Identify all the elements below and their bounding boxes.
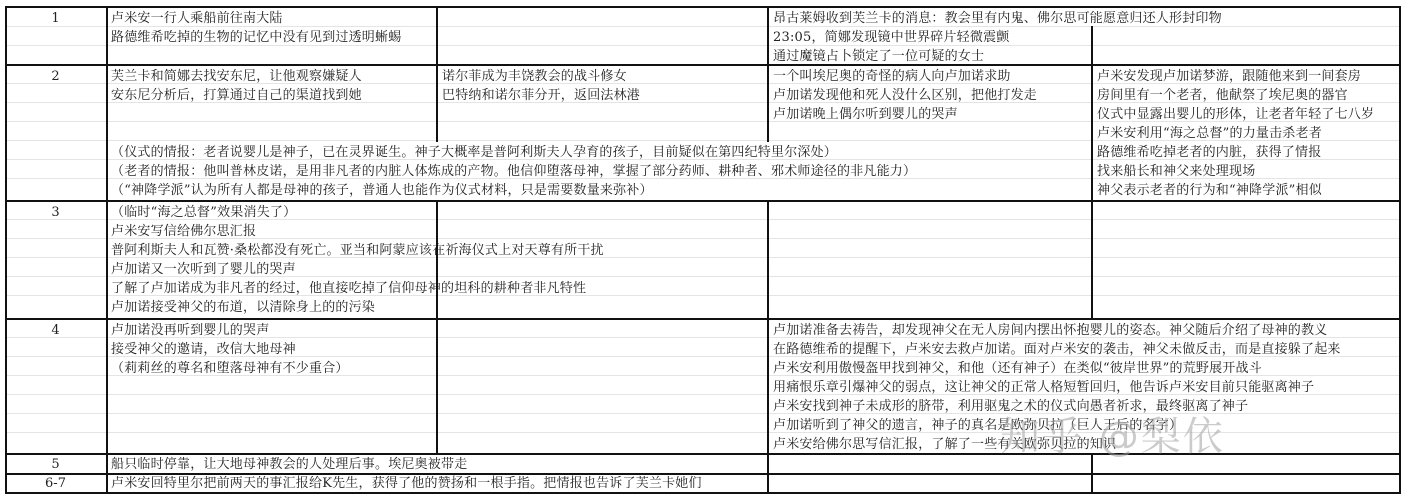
note-text[interactable]: （老者的情报：他叫普林皮诺，是用非凡者的内脏人体炼成的产物。他信仰堕落母神，掌握… — [111, 162, 916, 181]
border — [767, 200, 769, 494]
border — [5, 492, 1401, 494]
border — [5, 200, 1401, 202]
row-id-3: 3 — [5, 203, 106, 222]
cell-text[interactable]: 房间里有一个老者，他献祭了埃尼奥的器官 — [1097, 86, 1348, 105]
cell-text[interactable]: （莉莉丝的尊名和堕落母神有不少重合） — [111, 359, 349, 378]
cell-text[interactable]: 一个叫埃尼奥的奇怪的病人向卢加诺求助 — [773, 67, 1011, 86]
cell-text[interactable]: 卢米安利用“海之总督”的力量击杀老者 — [1097, 124, 1322, 143]
border — [436, 200, 438, 454]
cell-text[interactable]: 神父表示老者的行为和“神降学派”相似 — [1097, 181, 1322, 200]
cell-text[interactable]: 路德维希吃掉老者的内脏，获得了情报 — [1097, 143, 1321, 162]
border — [436, 64, 438, 142]
cell-text[interactable]: 卢米安一行人乘船前往南大陆 — [111, 9, 283, 28]
cell-text[interactable]: 诺尔菲成为丰饶教会的战斗修女 — [442, 67, 627, 86]
cell-text[interactable]: （临时“海之总督”效果消失了） — [111, 203, 296, 222]
border — [1091, 26, 1093, 66]
cell-text[interactable]: 卢加诺准备去祷告，却发现神父在无人房间内摆出怀抱婴儿的姿态。神父随后介绍了母神的… — [773, 321, 1327, 340]
border — [5, 318, 1401, 320]
border — [5, 473, 1401, 475]
cell-text[interactable]: 芙兰卡和简娜去找安东尼，让他观察嫌疑人 — [111, 67, 362, 86]
note-text[interactable]: （仪式的情报：老者说婴儿是神子，已在灵界诞生。神子大概率是普阿利斯夫人孕育的孩子… — [111, 143, 837, 162]
cell-text[interactable]: 船只临时停靠，让大地母神教会的人处理后事。埃尼奥被带走 — [111, 455, 467, 474]
note-text[interactable]: （“神降学派”认为所有人都是母神的孩子，普通人也能作为仪式材料，只是需要数量来弥… — [111, 181, 653, 200]
cell-text[interactable]: 在路德维希的提醒下，卢米安去救卢加诺。面对卢米安的袭击，神父未做反击，而是直接躲… — [773, 340, 1341, 359]
row-id-2: 2 — [5, 67, 106, 86]
watermark: 知乎 @梨依 — [1000, 405, 1225, 462]
cell-text[interactable]: 23:05，简娜发现镜中世界碎片轻微震颤 — [773, 28, 1009, 47]
row-id-4: 4 — [5, 321, 106, 340]
border — [767, 6, 769, 142]
cell-text[interactable]: 巴特纳和诺尔菲分开，返回法林港 — [442, 86, 640, 105]
cell-text[interactable]: 卢加诺又一次听到了婴儿的哭声 — [111, 260, 296, 279]
border — [436, 6, 438, 64]
border — [5, 6, 1401, 8]
border — [106, 6, 108, 494]
cell-text[interactable]: 卢米安利用傲慢盔甲找到神父，和他（还有神子）在类似“彼岸世界”的荒野展开战斗 — [773, 359, 1262, 378]
cell-text[interactable]: 卢米安写信给佛尔思汇报 — [111, 222, 256, 241]
cell-text[interactable]: 仪式中显露出婴儿的形体，让老者年轻了七八岁 — [1097, 105, 1374, 124]
cell-text[interactable]: 昂古莱姆收到芙兰卡的消息：教会里有内鬼、佛尔思可能愿意归还人形封印物 — [773, 9, 1222, 28]
cell-text[interactable]: 接受神父的邀请，改信大地母神 — [111, 340, 296, 359]
cell-text[interactable]: 普阿利斯夫人和瓦赞·桑松都没有死亡。亚当和阿蒙应该在祈海仪式上对天尊有所干扰 — [111, 241, 604, 260]
border — [1399, 6, 1401, 494]
row-id-6-7: 6-7 — [5, 474, 106, 493]
cell-text[interactable]: 安东尼分析后，打算通过自己的渠道找到她 — [111, 86, 362, 105]
cell-text[interactable]: 卢米安回特里尔把前两天的事汇报给K先生，获得了他的赞扬和一根手指。把情报也告诉了… — [111, 474, 702, 493]
cell-text[interactable]: 卢加诺没再听到婴儿的哭声 — [111, 321, 269, 340]
cell-text[interactable]: 找来船长和神父来处理现场 — [1097, 162, 1255, 181]
cell-text[interactable]: 卢加诺晚上偶尔听到婴儿的哭声 — [773, 105, 958, 124]
row-id-5: 5 — [5, 455, 106, 474]
border — [1091, 64, 1093, 318]
cell-text[interactable]: 卢米安发现卢加诺梦游，跟随他来到一间套房 — [1097, 67, 1361, 86]
cell-text[interactable]: 了解了卢加诺成为非凡者的经过，他直接吃掉了信仰母神的坦科的耕种者非凡特性 — [111, 279, 586, 298]
cell-text[interactable]: 卢加诺接受神父的布道，以清除身上的的污染 — [111, 298, 375, 317]
cell-text[interactable]: 用痛恨乐章引爆神父的弱点，这让神父的正常人格短暂回归，他告诉卢米安目前只能驱离神… — [773, 378, 1314, 397]
cell-text[interactable]: 卢加诺发现他和死人没什么区别，把他打发走 — [773, 86, 1037, 105]
border — [5, 6, 7, 494]
cell-text[interactable]: 路德维希吃掉的生物的记忆中没有见到过透明蜥蜴 — [111, 28, 401, 47]
row-id-1: 1 — [5, 9, 106, 28]
border — [5, 64, 1401, 66]
